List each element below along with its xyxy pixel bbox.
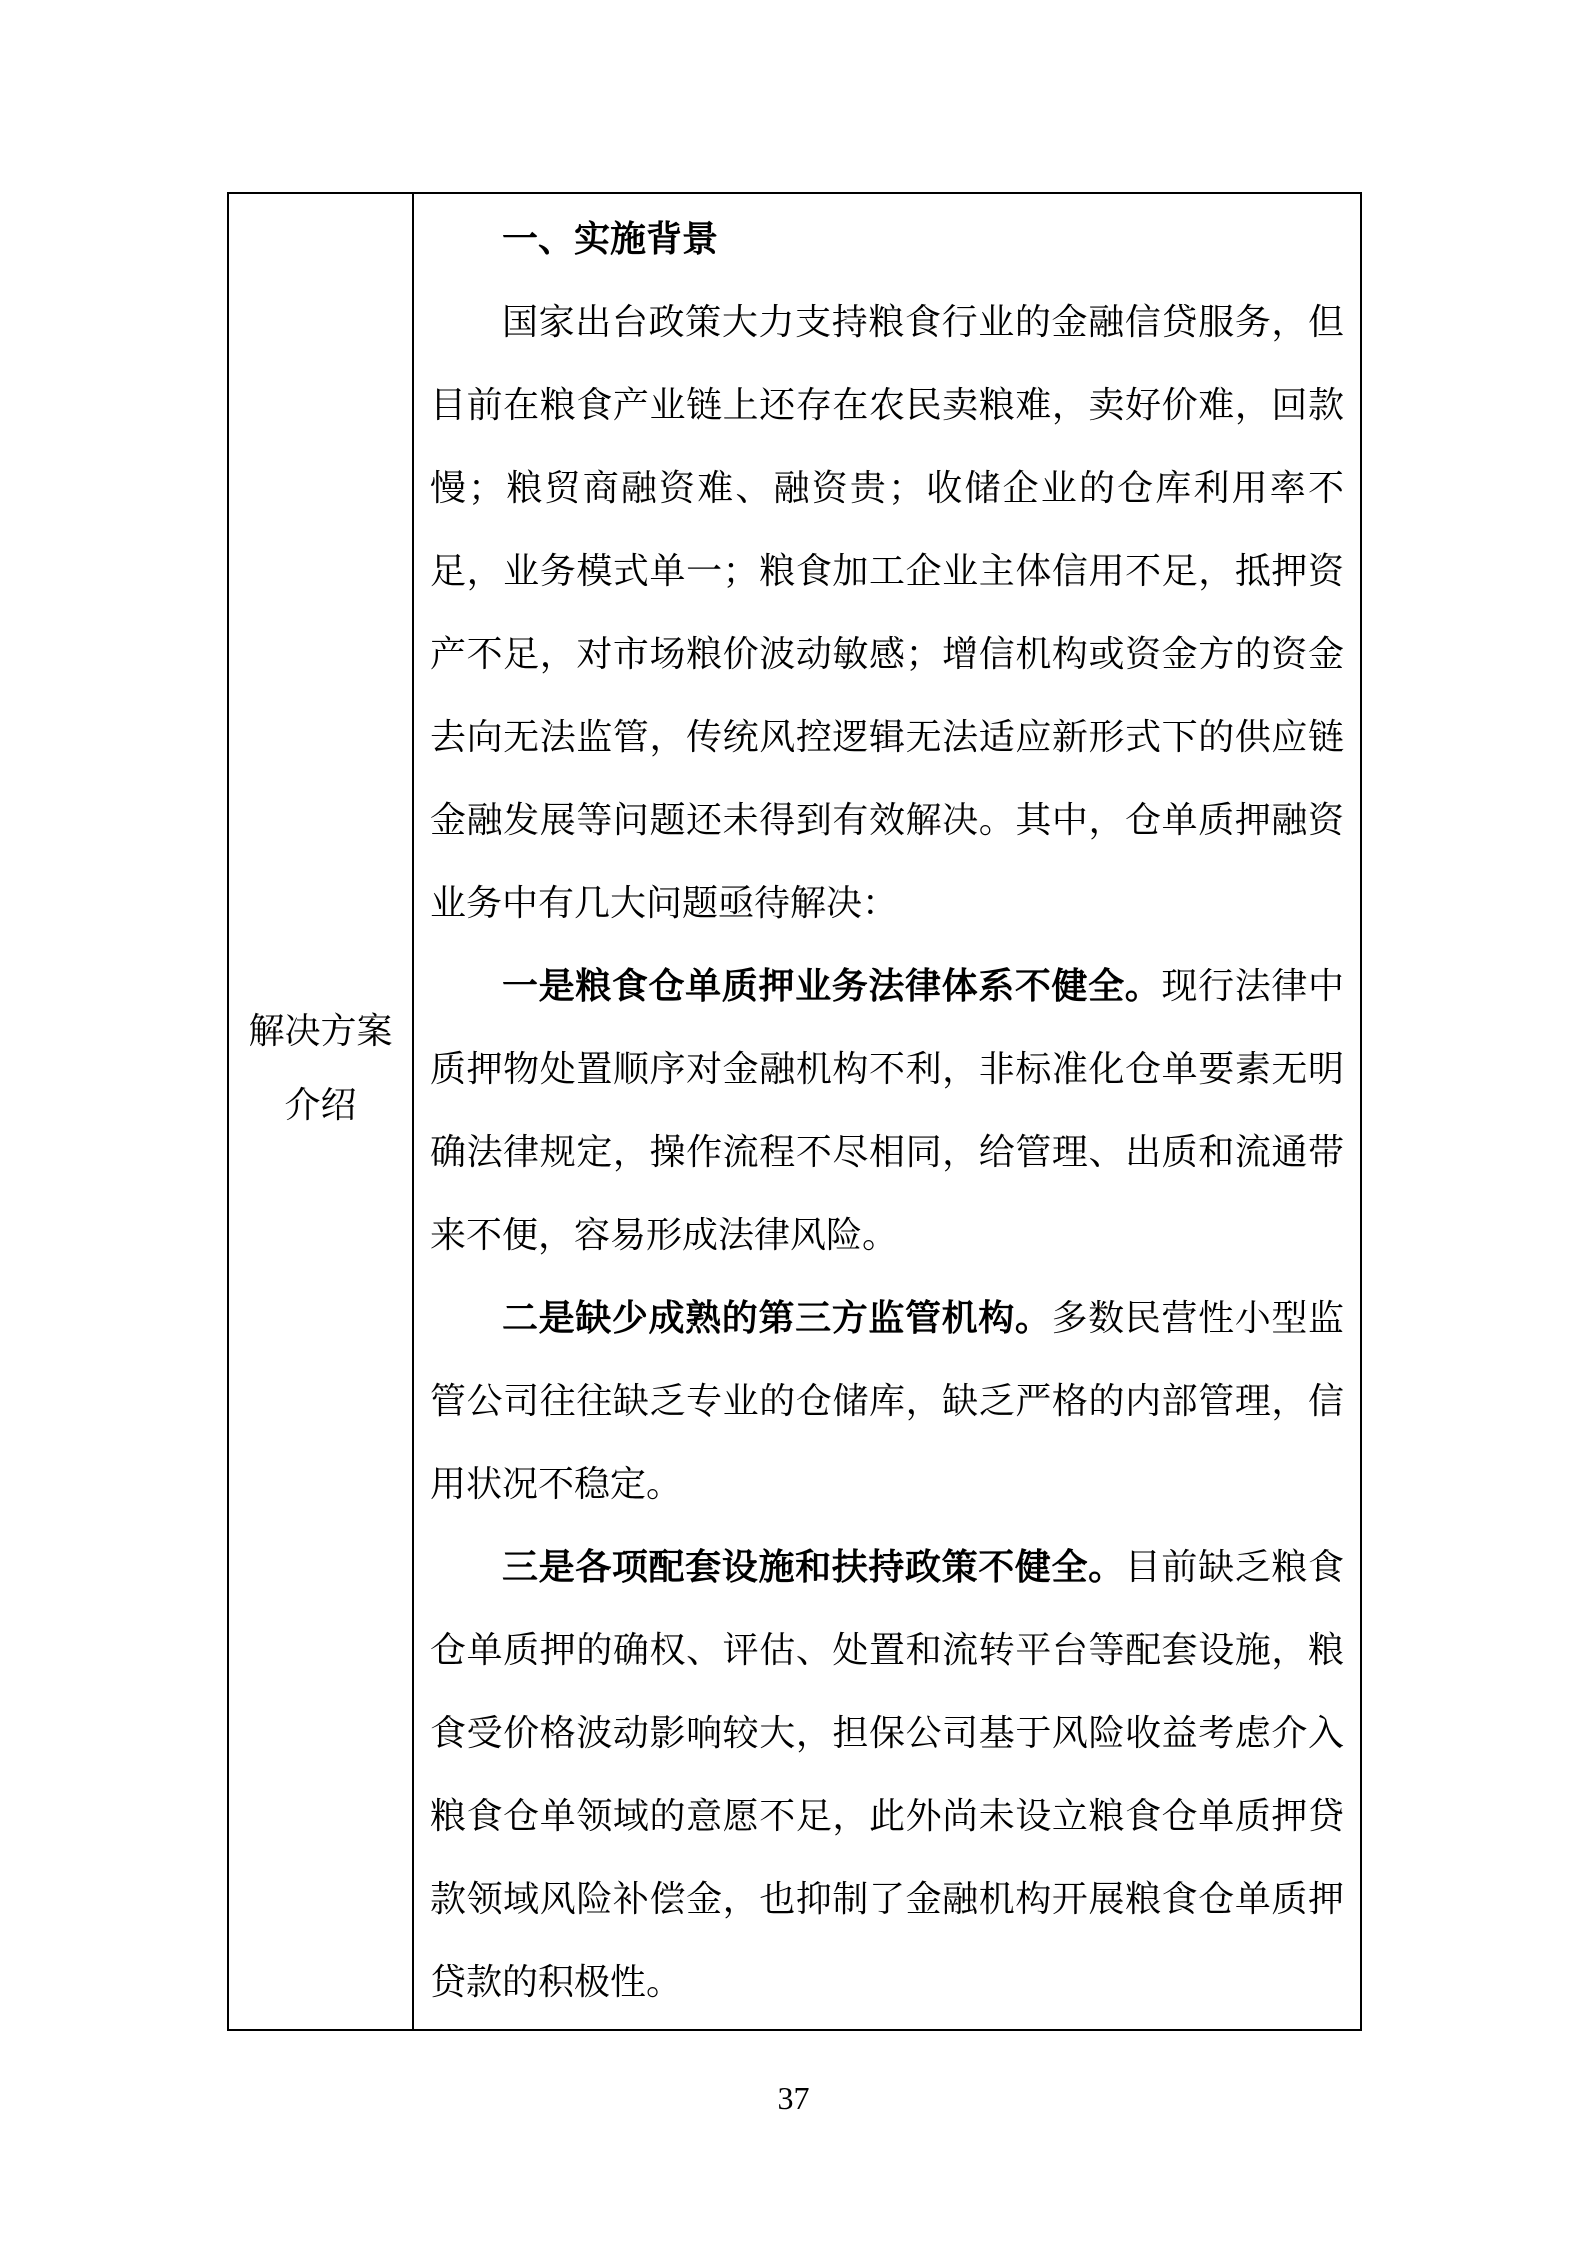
paragraph-lead-bold: 一、实施背景: [502, 219, 718, 259]
paragraph-segment: 现行法律中质押物处置顺序对金融机构不利，非标准化仓单要素无明确法律规定，操作流程…: [430, 966, 1344, 1255]
paragraph-segment: 国家出台政策大力支持粮食行业的金融信贷服务，但目前在粮食产业链上还存在农民卖粮难…: [430, 302, 1344, 923]
paragraph: 一是粮食仓单质押业务法律体系不健全。现行法律中质押物处置顺序对金融机构不利，非标…: [430, 945, 1344, 1277]
content-cell: 一、实施背景国家出台政策大力支持粮食行业的金融信贷服务，但目前在粮食产业链上还存…: [414, 194, 1360, 2029]
content-table: 解决方案 介绍 一、实施背景国家出台政策大力支持粮食行业的金融信贷服务，但目前在…: [227, 192, 1362, 2031]
paragraph: 一、实施背景: [430, 198, 1344, 281]
row-header-line-1: 解决方案: [248, 994, 392, 1068]
paragraph-lead-bold: 一是粮食仓单质押业务法律体系不健全。: [502, 966, 1161, 1006]
paragraph: 三是各项配套设施和扶持政策不健全。目前缺乏粮食仓单质押的确权、评估、处置和流转平…: [430, 1526, 1344, 2024]
page-number: 37: [0, 2080, 1587, 2116]
row-header-cell: 解决方案 介绍: [229, 194, 414, 2029]
paragraph-lead-bold: 二是缺少成熟的第三方监管机构。: [502, 1298, 1052, 1338]
document-page: 解决方案 介绍 一、实施背景国家出台政策大力支持粮食行业的金融信贷服务，但目前在…: [0, 0, 1587, 2245]
paragraph: 二是缺少成熟的第三方监管机构。多数民营性小型监管公司往往缺乏专业的仓储库，缺乏严…: [430, 1277, 1344, 1526]
paragraph: 国家出台政策大力支持粮食行业的金融信贷服务，但目前在粮食产业链上还存在农民卖粮难…: [430, 281, 1344, 945]
paragraph-segment: 目前缺乏粮食仓单质押的确权、评估、处置和流转平台等配套设施，粮食受价格波动影响较…: [430, 1547, 1344, 2002]
row-header-line-2: 介绍: [284, 1068, 356, 1142]
paragraph-lead-bold: 三是各项配套设施和扶持政策不健全。: [502, 1547, 1125, 1587]
